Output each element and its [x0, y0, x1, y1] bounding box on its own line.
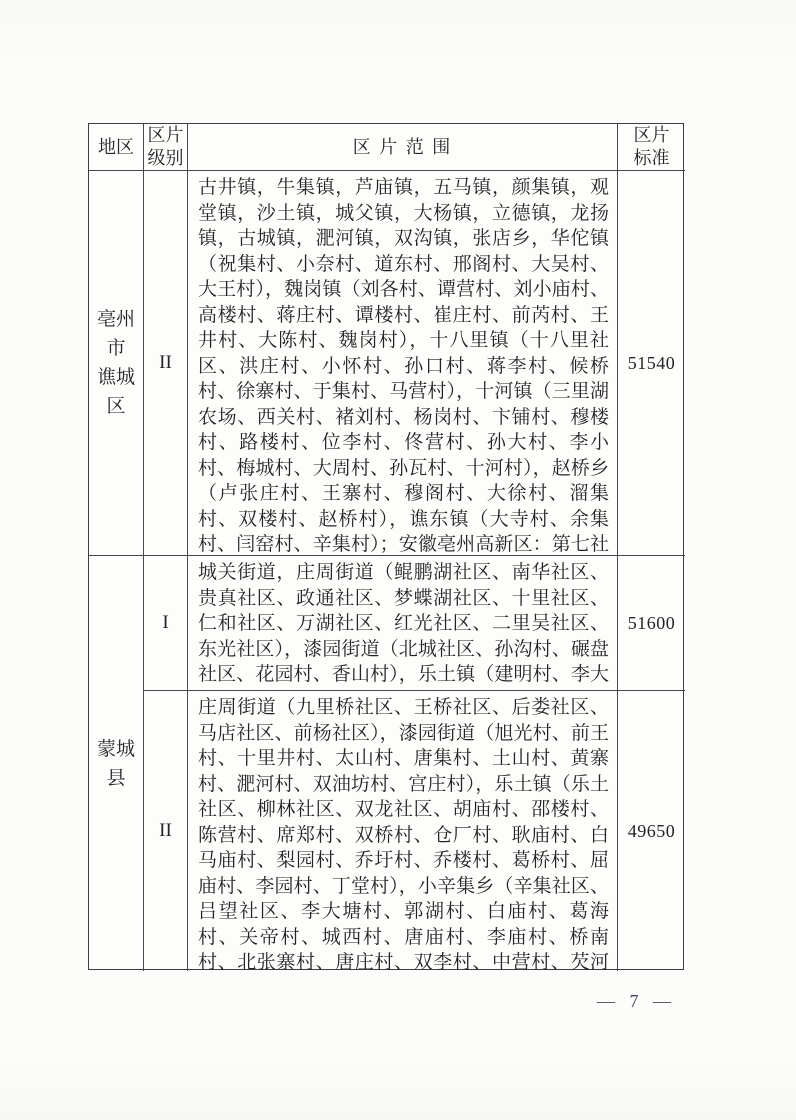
scope-cell: 城关街道，庄周街道（鲲鹏湖社区、南华社区、贵真社区、政通社区、梦蝶湖社区、十里社…	[188, 556, 618, 691]
level-cell: II	[144, 171, 188, 556]
level-cell: II	[144, 691, 188, 971]
header-standard: 区片 标准	[618, 124, 685, 171]
standard-cell: 49650	[618, 691, 685, 971]
standard-cell: 51600	[618, 556, 685, 691]
region-cell-bozhou-qiaocheng: 亳州市 谯城区	[89, 171, 144, 556]
scope-cell: 古井镇，牛集镇，芦庙镇，五马镇，颜集镇，观堂镇，沙土镇，城父镇，大杨镇，立德镇，…	[188, 171, 618, 556]
header-scope: 区 片 范 围	[188, 124, 618, 171]
page-number: — 7 —	[597, 991, 676, 1012]
zone-standard-table: 地区 区片 级别 区 片 范 围 区片 标准 亳州市 谯城区 II 古井镇，牛集…	[88, 123, 684, 970]
level-cell: I	[144, 556, 188, 691]
header-region: 地区	[89, 124, 144, 171]
standard-cell: 51540	[618, 171, 685, 556]
region-cell-mengcheng: 蒙城县	[89, 556, 144, 971]
scope-cell: 庄周街道（九里桥社区、王桥社区、后娄社区、马店社区、前杨社区），漆园街道（旭光村…	[188, 691, 618, 971]
document-page: 地区 区片 级别 区 片 范 围 区片 标准 亳州市 谯城区 II 古井镇，牛集…	[0, 0, 796, 1120]
header-level: 区片 级别	[144, 124, 188, 171]
